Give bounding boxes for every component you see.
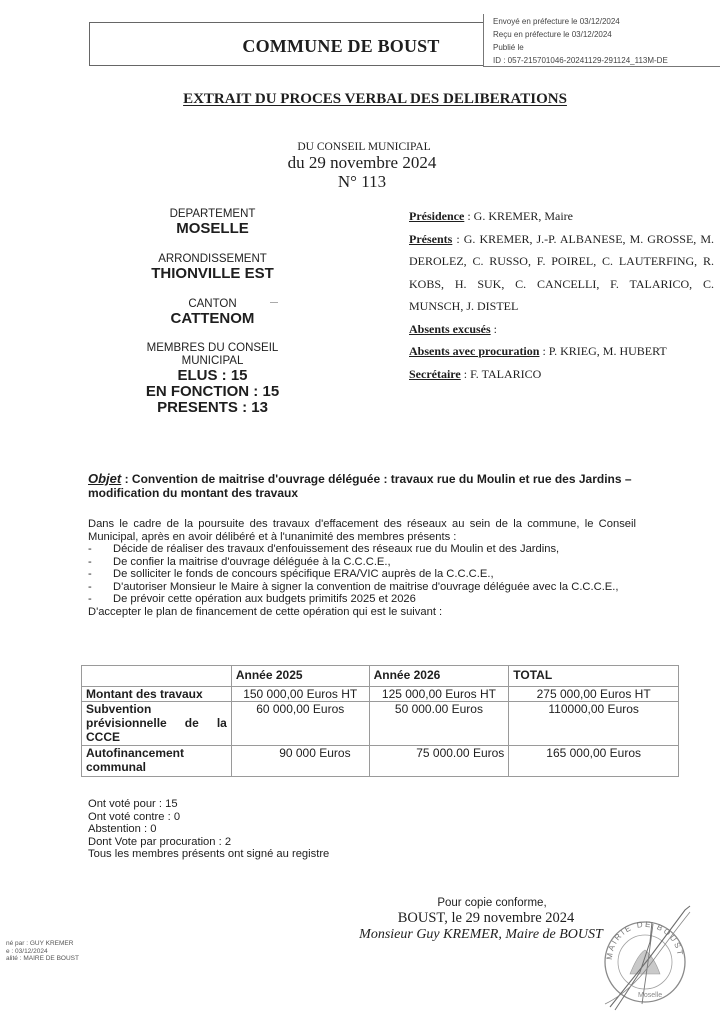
canton-value: CATTENOM (110, 310, 315, 327)
table-row: Montant des travaux 150 000,00 Euros HT … (82, 687, 679, 702)
secretaire-line: Secrétaire : F. TALARICO (409, 363, 714, 386)
table-header-row: Année 2025 Année 2026 TOTAL (82, 666, 679, 687)
canton-label: CANTON (110, 298, 315, 310)
seance-number: N° 113 (0, 172, 724, 192)
absents-procuration-line: Absents avec procuration : P. KRIEG, M. … (409, 340, 714, 363)
seance-conseil: DU CONSEIL MUNICIPAL (0, 141, 724, 153)
commune-title: COMMUNE DE BOUST (89, 36, 483, 57)
signed-date: e : 03/12/2024 (6, 948, 79, 956)
deliberation-body: Dans le cadre de la poursuite des travau… (88, 518, 636, 618)
financing-table: Année 2025 Année 2026 TOTAL Montant des … (81, 665, 679, 777)
table-row-label: Montant des travaux (82, 687, 232, 702)
objet-text: : Convention de maitrise d'ouvrage délég… (88, 472, 632, 500)
document-title-text: EXTRAIT DU PROCES VERBAL DES DELIBERATIO… (157, 91, 567, 107)
secretaire-label: Secrétaire (409, 367, 461, 381)
scan-mark (270, 302, 278, 303)
body-bullet: -De confier la maitrise d'ouvrage délégu… (88, 556, 636, 569)
votes-pour: Ont voté pour : 15 (88, 798, 329, 811)
presents-line: Présents : G. KREMER, J.-P. ALBANESE, M.… (409, 228, 714, 318)
departement-label: DEPARTEMENT (110, 208, 315, 220)
canton-block: CANTON CATTENOM (110, 298, 315, 327)
presidence-line: Présidence : G. KREMER, Maire (409, 205, 714, 228)
votes-procuration: Dont Vote par procuration : 2 (88, 836, 329, 849)
signature-block: Pour copie conforme, BOUST, le 29 novemb… (355, 896, 617, 943)
en-fonction-count: EN FONCTION : 15 (110, 384, 315, 400)
bullet-dash: - (88, 556, 113, 569)
secretaire-value: : F. TALARICO (461, 367, 542, 381)
prefecture-stamp-box: Envoyé en préfecture le 03/12/2024 Reçu … (483, 14, 720, 67)
votes-registre: Tous les membres présents ont signé au r… (88, 848, 329, 861)
body-intro: Dans le cadre de la poursuite des travau… (88, 518, 636, 543)
prefecture-id: ID : 057-215701046-20241129-291124_113M-… (493, 56, 668, 65)
prefecture-envoye: Envoyé en préfecture le 03/12/2024 (493, 17, 620, 26)
table-row: Autofinancement communal 90 000 Euros 75… (82, 746, 679, 777)
table-header-cell: TOTAL (509, 666, 679, 687)
prefecture-publie: Publié le (493, 43, 524, 52)
signature-name: Monsieur Guy KREMER, Maire de BOUST (345, 927, 617, 943)
presidence-value: : G. KREMER, Maire (464, 209, 573, 223)
electronic-signature-info: né par : GUY KREMER e : 03/12/2024 alité… (6, 940, 79, 963)
presidence-label: Présidence (409, 209, 464, 223)
arrondissement-label: ARRONDISSEMENT (110, 253, 315, 265)
table-header-cell: Année 2025 (231, 666, 369, 687)
signature-place-date: BOUST, le 29 novembre 2024 (355, 910, 617, 927)
votes-abstention: Abstention : 0 (88, 823, 329, 836)
table-row-label: Autofinancement communal (82, 746, 232, 777)
absents-procuration-value: : P. KRIEG, M. HUBERT (539, 344, 666, 358)
membres-label-1: MEMBRES DU CONSEIL (110, 342, 315, 355)
table-row: Subvention prévisionnelle de la CCCE 60 … (82, 702, 679, 746)
objet: Objet : Convention de maitrise d'ouvrage… (88, 472, 648, 500)
absents-excuses-value: : (491, 322, 497, 336)
body-bullet: -De solliciter le fonds de concours spéc… (88, 568, 636, 581)
objet-label: Objet (88, 471, 121, 486)
table-row-label: Subvention prévisionnelle de la CCCE (82, 702, 232, 746)
departement-block: DEPARTEMENT MOSELLE (110, 208, 315, 237)
table-cell: 165 000,00 Euros (509, 746, 679, 777)
table-header-cell (82, 666, 232, 687)
body-closing: D'accepter le plan de financement de cet… (88, 606, 636, 619)
absents-excuses-line: Absents excusés : (409, 318, 714, 341)
body-bullet: -D'autoriser Monsieur le Maire à signer … (88, 581, 636, 594)
body-bullet: -Décide de réaliser des travaux d'enfoui… (88, 543, 636, 556)
signed-quality: alité : MAIRE DE BOUST (6, 955, 79, 963)
bullet-dash: - (88, 543, 113, 556)
table-cell: 75 000.00 Euros (369, 746, 509, 777)
bullet-dash: - (88, 593, 113, 606)
table-cell: 125 000,00 Euros HT (369, 687, 509, 702)
bullet-dash: - (88, 581, 113, 594)
vote-results: Ont voté pour : 15 Ont voté contre : 0 A… (88, 798, 329, 861)
signature-copie: Pour copie conforme, (355, 896, 617, 910)
table-header-cell: Année 2026 (369, 666, 509, 687)
arrondissement-value: THIONVILLE EST (110, 265, 315, 282)
elus-count: ELUS : 15 (110, 368, 315, 384)
prefecture-recu: Reçu en préfecture le 03/12/2024 (493, 30, 612, 39)
table-cell: 90 000 Euros (231, 746, 369, 777)
presents-value: : G. KREMER, J.-P. ALBANESE, M. GROSSE, … (409, 232, 714, 314)
departement-value: MOSELLE (110, 220, 315, 237)
body-bullet: -De prévoir cette opération aux budgets … (88, 593, 636, 606)
membres-block: MEMBRES DU CONSEIL MUNICIPAL ELUS : 15 E… (110, 342, 315, 416)
document-title: EXTRAIT DU PROCES VERBAL DES DELIBERATIO… (0, 91, 724, 108)
table-cell: 275 000,00 Euros HT (509, 687, 679, 702)
table-cell: 50 000.00 Euros (369, 702, 509, 746)
table-cell: 60 000,00 Euros (231, 702, 369, 746)
seance-date: du 29 novembre 2024 (0, 153, 724, 173)
signed-by: né par : GUY KREMER (6, 940, 79, 948)
absents-procuration-label: Absents avec procuration (409, 344, 539, 358)
votes-contre: Ont voté contre : 0 (88, 811, 329, 824)
attendance-block: Présidence : G. KREMER, Maire Présents :… (409, 205, 714, 385)
absents-excuses-label: Absents excusés (409, 322, 491, 336)
presents-label: Présents (409, 232, 452, 246)
presents-count: PRESENTS : 13 (110, 400, 315, 416)
mairie-stamp-icon: MAIRIE DE BOUST Moselle (590, 902, 700, 1017)
table-cell: 110000,00 Euros (509, 702, 679, 746)
arrondissement-block: ARRONDISSEMENT THIONVILLE EST (110, 253, 315, 282)
stamp-subtext: Moselle (638, 992, 662, 999)
bullet-dash: - (88, 568, 113, 581)
table-cell: 150 000,00 Euros HT (231, 687, 369, 702)
